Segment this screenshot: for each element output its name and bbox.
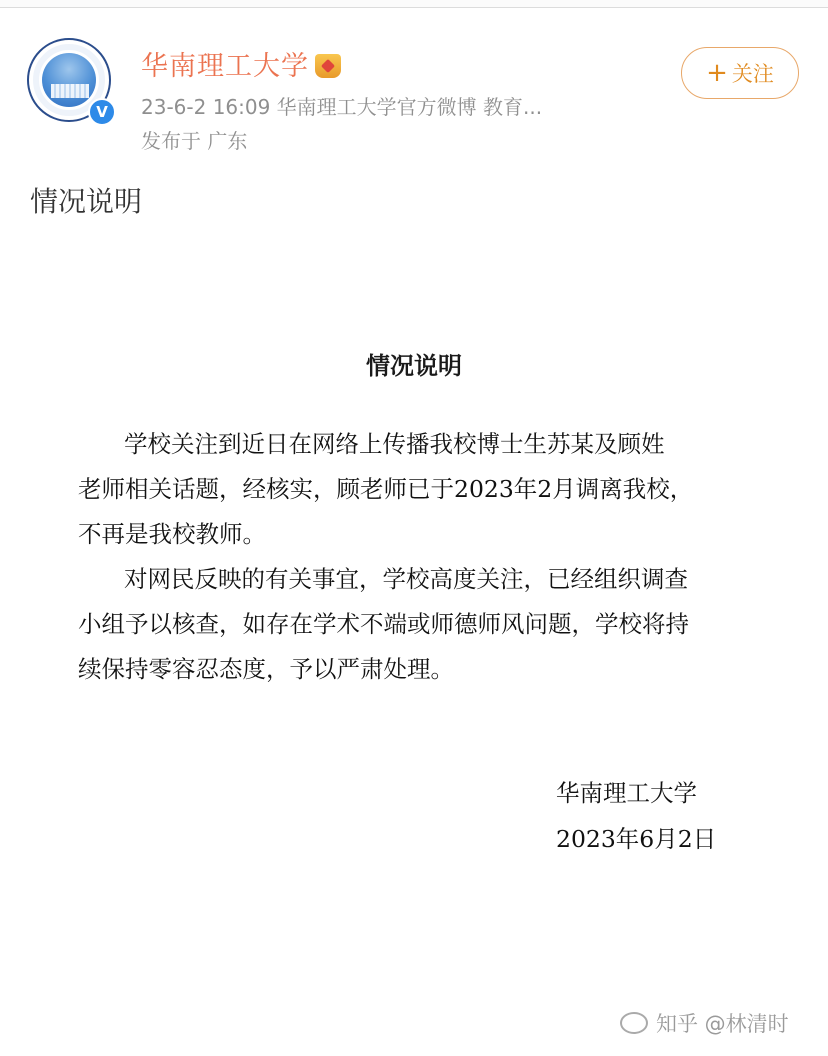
avatar-building-icon [51,84,89,98]
verified-icon: V [88,98,116,126]
follow-button[interactable]: + 关注 [681,47,799,99]
paragraph-line: 小组予以核查，如存在学术不端或师德师风问题，学校将持 [78,602,768,647]
signature: 华南理工大学 [556,774,697,808]
document-title: 情况说明 [0,346,828,381]
account-name[interactable]: 华南理工大学 [141,44,341,83]
follow-label: 关注 [732,58,774,88]
avatar-emblem [42,53,96,107]
paragraph-1: 学校关注到近日在网络上传播我校博士生苏某及顾姓 老师相关话题，经核实，顾老师已于… [78,422,768,557]
paragraph-2: 对网民反映的有关事宜，学校高度关注，已经组织调查 小组予以核查，如存在学术不端或… [78,557,768,692]
paragraph-line: 学校关注到近日在网络上传播我校博士生苏某及顾姓 [78,422,768,467]
paragraph-line: 不再是我校教师。 [78,512,768,557]
watermark: 知乎 @林清时 [620,1008,789,1038]
weibo-icon [620,1012,648,1034]
paragraph-line: 老师相关话题，经核实，顾老师已于2023年2月调离我校， [78,467,768,512]
top-divider [0,0,828,8]
plus-icon: + [706,60,728,86]
account-name-text[interactable]: 华南理工大学 [141,51,309,82]
post-location: 发布于 广东 [141,125,247,154]
watermark-text: 知乎 @林清时 [656,1008,789,1038]
crown-icon [315,54,341,78]
post-meta: 23-6-2 16:09 华南理工大学官方微博 教育... [141,91,542,120]
paragraph-line: 续保持零容忍态度，予以严肃处理。 [78,647,768,692]
document-date: 2023年6月2日 [556,820,716,854]
post-text: 情况说明 [30,180,142,220]
paragraph-line: 对网民反映的有关事宜，学校高度关注，已经组织调查 [78,557,768,602]
